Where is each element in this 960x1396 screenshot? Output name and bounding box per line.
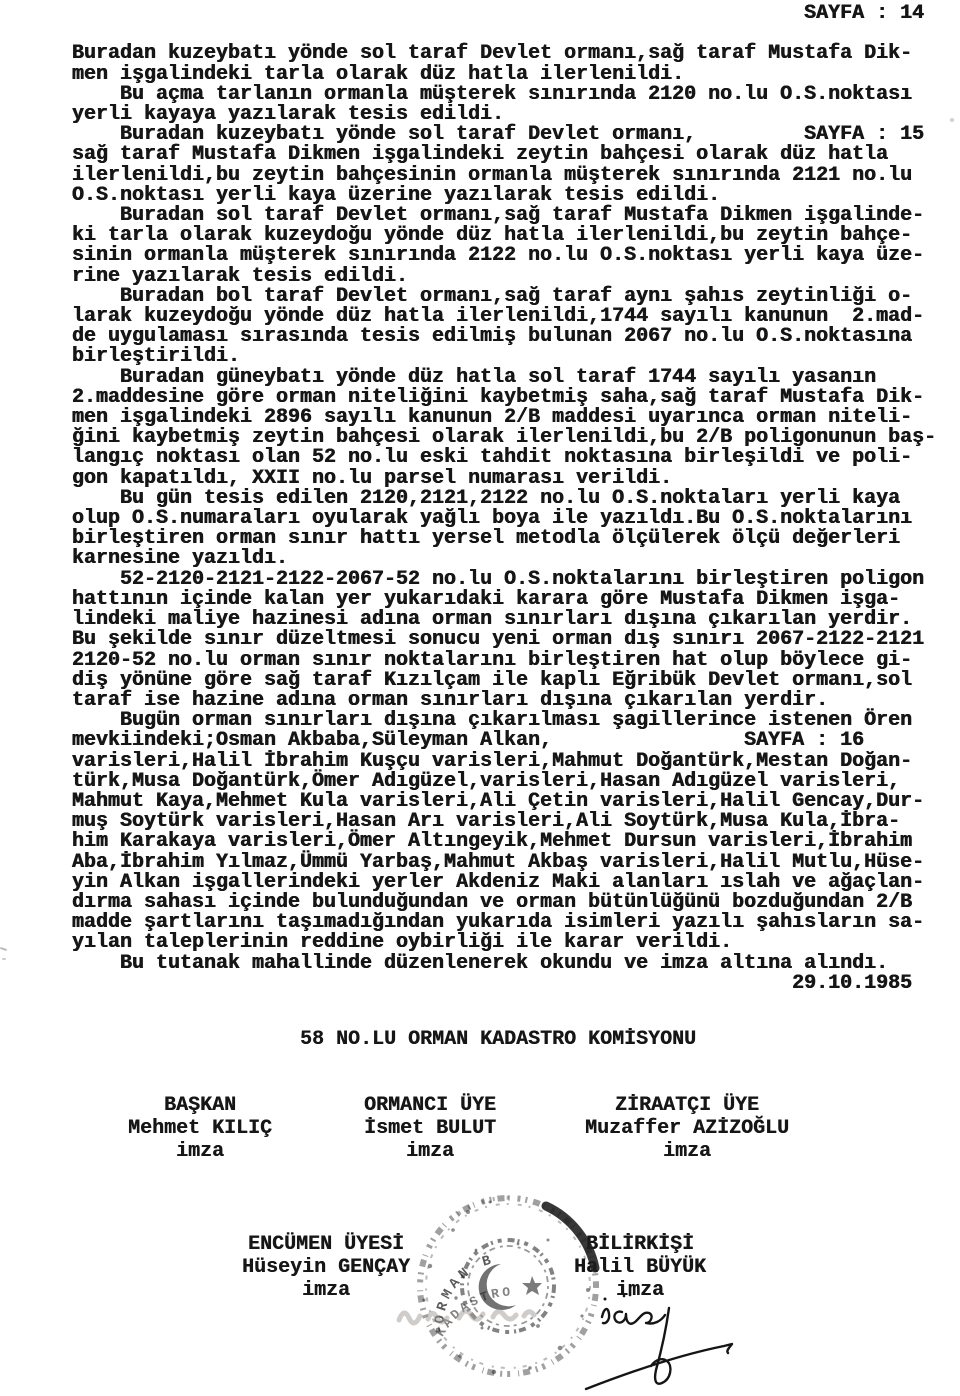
text-line: türk,Musa Doğantürk,Ömer Adıgüzel,varisl… xyxy=(72,772,936,792)
text-line: karnesine yazıldı. xyxy=(72,549,936,569)
text-line: birleştiren orman sınır hattı yersel met… xyxy=(72,529,936,549)
text-line: gon kapatıldı, XXII no.lu parsel numaras… xyxy=(72,469,936,489)
signer-column-ormanci-uye: ORMANCI ÜYE İsmet BULUT imza xyxy=(315,1094,545,1163)
text-line: rine yazılarak tesis edildi. xyxy=(72,267,936,287)
text-line: olup O.S.numaraları oyularak yağlı boya … xyxy=(72,509,936,529)
text-line: ki tarla olarak kuzeydoğu yönde düz hatl… xyxy=(72,226,936,246)
scan-speck xyxy=(950,118,954,122)
text-line: Buradan sol taraf Devlet ormanı,sağ tara… xyxy=(72,206,936,226)
text-line: Bu gün tesis edilen 2120,2121,2122 no.lu… xyxy=(72,489,936,509)
signer-role: BAŞKAN xyxy=(85,1094,315,1117)
commission-title: 58 NO.LU ORMAN KADASTRO KOMİSYONU xyxy=(18,1028,960,1051)
text-line: de uygulaması sırasında tesis edilmiş bu… xyxy=(72,327,936,347)
text-line: sağ taraf Mustafa Dikmen işgalindeki zey… xyxy=(72,145,936,165)
text-line: lindeki maliye hazinesi adına orman sını… xyxy=(72,610,936,630)
signer-column-ziraatci-uye: ZİRAATÇI ÜYE Muzaffer AZİZOĞLU imza xyxy=(558,1094,816,1163)
text-line: 2.maddesine göre orman niteliğini kaybet… xyxy=(72,388,936,408)
text-line: Buradan bol taraf Devlet ormanı,sağ tara… xyxy=(72,287,936,307)
signature-label: imza xyxy=(85,1140,315,1163)
text-line: men işgalindeki tarla olarak düz hatla i… xyxy=(72,65,936,85)
text-line: 52-2120-2121-2122-2067-52 no.lu O.S.nokt… xyxy=(72,570,936,590)
text-line: Buradan kuzeybatı yönde sol taraf Devlet… xyxy=(72,125,936,145)
text-line: hattının içinde kalan yer yukarıdaki kar… xyxy=(72,590,936,610)
document-body: SAYFA : 14 Buradan kuzeybatı yönde sol t… xyxy=(72,4,936,994)
signer-name: Mehmet KILIÇ xyxy=(85,1117,315,1140)
text-line: larak kuzeydoğu yönde düz hatla ilerleni… xyxy=(72,307,936,327)
text-line: sinin ormanla müşterek sınırında 2122 no… xyxy=(72,246,936,266)
text-line: Aba,İbrahim Yılmaz,Ümmü Yarbaş,Mahmut Ak… xyxy=(72,853,936,873)
signature-label: imza xyxy=(558,1140,816,1163)
text-line: yılan taleplerinin reddine oybirliği ile… xyxy=(72,933,936,953)
signer-role: ZİRAATÇI ÜYE xyxy=(558,1094,816,1117)
text-line: dırma sahası içinde bulunduğundan ve orm… xyxy=(72,893,936,913)
signer-column-baskan: BAŞKAN Mehmet KILIÇ imza xyxy=(85,1094,315,1163)
text-line: Buradan kuzeybatı yönde sol taraf Devlet… xyxy=(72,44,936,64)
star-icon xyxy=(522,1276,542,1295)
text-line xyxy=(72,24,936,44)
signer-role: ORMANCI ÜYE xyxy=(315,1094,545,1117)
signer-name: İsmet BULUT xyxy=(315,1117,545,1140)
text-line: madde şartlarını taşımadığından yukarıda… xyxy=(72,913,936,933)
text-line: Bu tutanak mahallinde düzenlenerek okund… xyxy=(72,954,936,974)
text-line: Buradan güneybatı yönde düz hatla sol ta… xyxy=(72,368,936,388)
text-line: yin Alkan işgallerindeki yerler Akdeniz … xyxy=(72,873,936,893)
handwritten-signature-icon xyxy=(572,1290,742,1396)
text-line: birleştirildi. xyxy=(72,347,936,367)
text-line: men işgalindeki 2896 sayılı kanunun 2/B … xyxy=(72,408,936,428)
signer-name: Muzaffer AZİZOĞLU xyxy=(558,1117,816,1140)
text-line: SAYFA : 14 xyxy=(72,4,936,24)
text-line: 2120-52 no.lu orman sınır noktalarını bi… xyxy=(72,651,936,671)
scan-speck xyxy=(2,958,6,960)
text-line: ğini kaybetmiş zeytin bahçesi olarak ile… xyxy=(72,428,936,448)
signature-label: imza xyxy=(315,1140,545,1163)
text-line: mevkiindeki;Osman Akbaba,Süleyman Alkan,… xyxy=(72,731,936,751)
faded-handwriting xyxy=(393,1296,573,1336)
scan-speck xyxy=(0,947,7,951)
text-line: Bugün orman sınırları dışına çıkarılması… xyxy=(72,711,936,731)
text-line: varisleri,Halil İbrahim Kuşçu varisleri,… xyxy=(72,752,936,772)
text-line: Bu şekilde sınır düzeltmesi sonucu yeni … xyxy=(72,630,936,650)
text-line: langıç noktası olan 52 no.lu eski tahdit… xyxy=(72,448,936,468)
text-line: 29.10.1985 xyxy=(72,974,936,994)
text-line: Bu açma tarlanın ormanla müşterek sınırı… xyxy=(72,85,936,105)
text-line: diş yönüne göre sağ taraf Kızılçam ile k… xyxy=(72,671,936,691)
scanned-document-page: SAYFA : 14 Buradan kuzeybatı yönde sol t… xyxy=(0,0,960,1396)
text-line: O.S.noktası yerli kaya üzerine yazılarak… xyxy=(72,186,936,206)
text-line: him Karakaya varisleri,Ömer Altıngeyik,M… xyxy=(72,832,936,852)
text-line: yerli kayaya yazılarak tesis edildi. xyxy=(72,105,936,125)
text-line: ilerlenildi,bu zeytin bahçesinin ormanla… xyxy=(72,166,936,186)
